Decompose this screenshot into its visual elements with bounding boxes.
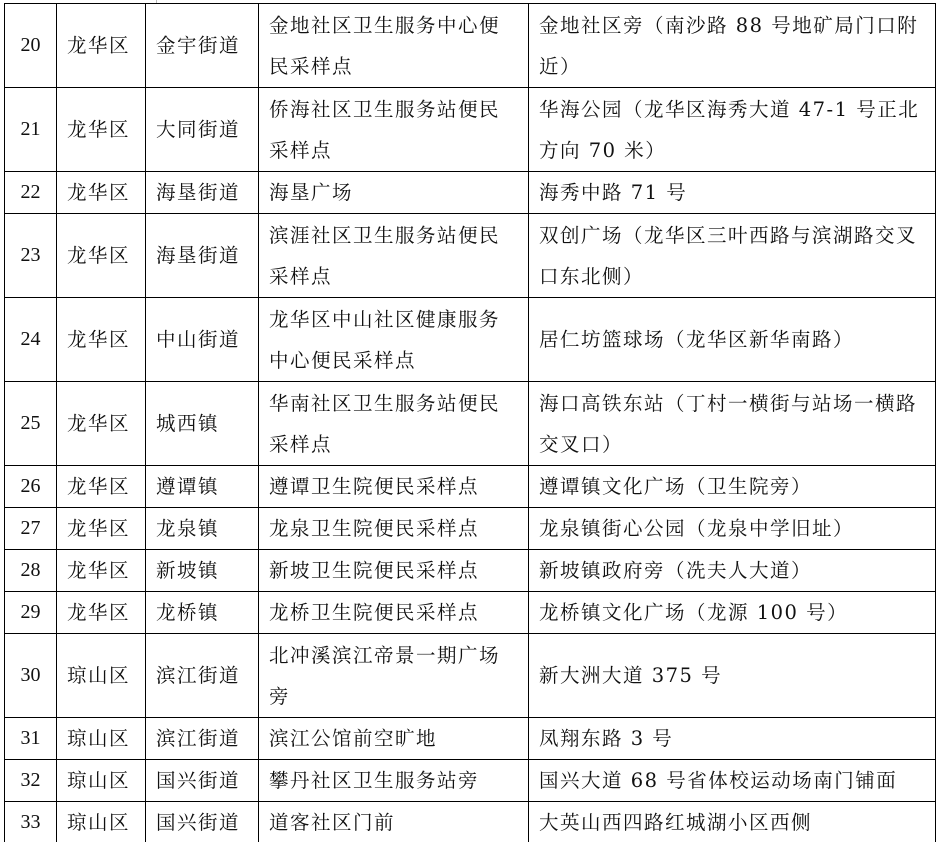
table-row: 26龙华区遵谭镇遵谭卫生院便民采样点遵谭镇文化广场（卫生院旁） [5,466,936,508]
address-cell: 凤翔东路 3 号 [529,718,936,760]
street-cell: 龙泉镇 [146,508,259,550]
street-cell: 海垦街道 [146,172,259,214]
site-name-cell: 攀丹社区卫生服务站旁 [259,760,529,802]
street-cell: 国兴街道 [146,760,259,802]
street-cell: 中山街道 [146,298,259,382]
site-name-cell: 滨涯社区卫生服务站便民采样点 [259,214,529,298]
district-cell: 龙华区 [57,214,146,298]
row-number: 23 [5,214,57,298]
district-cell: 琼山区 [57,634,146,718]
street-cell: 滨江街道 [146,634,259,718]
site-name-cell: 道客社区门前 [259,802,529,842]
row-number: 27 [5,508,57,550]
site-name-cell: 海垦广场 [259,172,529,214]
row-number: 31 [5,718,57,760]
table-row: 25龙华区城西镇华南社区卫生服务站便民采样点海口高铁东站（丁村一横街与站场一横路… [5,382,936,466]
street-cell: 遵谭镇 [146,466,259,508]
table-row: 33琼山区国兴街道道客社区门前大英山西四路红城湖小区西侧 [5,802,936,842]
address-cell: 大英山西四路红城湖小区西侧 [529,802,936,842]
row-number: 25 [5,382,57,466]
street-cell: 国兴街道 [146,802,259,842]
district-cell: 琼山区 [57,760,146,802]
site-name-cell: 滨江公馆前空旷地 [259,718,529,760]
street-cell: 金宇街道 [146,4,259,88]
address-cell: 华海公园（龙华区海秀大道 47-1 号正北方向 70 米） [529,88,936,172]
district-cell: 龙华区 [57,298,146,382]
address-cell: 新大洲大道 375 号 [529,634,936,718]
district-cell: 龙华区 [57,382,146,466]
row-number: 33 [5,802,57,842]
row-number: 29 [5,592,57,634]
address-cell: 双创广场（龙华区三叶西路与滨湖路交叉口东北侧） [529,214,936,298]
row-number: 21 [5,88,57,172]
district-cell: 龙华区 [57,508,146,550]
row-number: 26 [5,466,57,508]
address-cell: 龙桥镇文化广场（龙源 100 号） [529,592,936,634]
site-name-cell: 新坡卫生院便民采样点 [259,550,529,592]
site-name-cell: 龙泉卫生院便民采样点 [259,508,529,550]
table-row: 27龙华区龙泉镇龙泉卫生院便民采样点龙泉镇街心公园（龙泉中学旧址） [5,508,936,550]
district-cell: 龙华区 [57,172,146,214]
table-row: 28龙华区新坡镇新坡卫生院便民采样点新坡镇政府旁（冼夫人大道） [5,550,936,592]
table-row: 20龙华区金宇街道金地社区卫生服务中心便民采样点金地社区旁（南沙路 88 号地矿… [5,4,936,88]
street-cell: 海垦街道 [146,214,259,298]
table-row: 29龙华区龙桥镇龙桥卫生院便民采样点龙桥镇文化广场（龙源 100 号） [5,592,936,634]
street-cell: 新坡镇 [146,550,259,592]
address-cell: 新坡镇政府旁（冼夫人大道） [529,550,936,592]
address-cell: 国兴大道 68 号省体校运动场南门铺面 [529,760,936,802]
district-cell: 龙华区 [57,592,146,634]
row-number: 32 [5,760,57,802]
district-cell: 龙华区 [57,88,146,172]
table-row: 30琼山区滨江街道北冲溪滨江帝景一期广场旁新大洲大道 375 号 [5,634,936,718]
address-cell: 海口高铁东站（丁村一横街与站场一横路交叉口） [529,382,936,466]
street-cell: 滨江街道 [146,718,259,760]
address-cell: 居仁坊篮球场（龙华区新华南路） [529,298,936,382]
table-row: 21龙华区大同街道侨海社区卫生服务站便民采样点华海公园（龙华区海秀大道 47-1… [5,88,936,172]
table-row: 22龙华区海垦街道海垦广场海秀中路 71 号 [5,172,936,214]
table-body: 20龙华区金宇街道金地社区卫生服务中心便民采样点金地社区旁（南沙路 88 号地矿… [5,4,936,842]
district-cell: 琼山区 [57,802,146,842]
district-cell: 龙华区 [57,466,146,508]
address-cell: 龙泉镇街心公园（龙泉中学旧址） [529,508,936,550]
row-number: 28 [5,550,57,592]
street-cell: 龙桥镇 [146,592,259,634]
sampling-sites-table: 20龙华区金宇街道金地社区卫生服务中心便民采样点金地社区旁（南沙路 88 号地矿… [4,3,936,842]
table-row: 23龙华区海垦街道滨涯社区卫生服务站便民采样点双创广场（龙华区三叶西路与滨湖路交… [5,214,936,298]
site-name-cell: 华南社区卫生服务站便民采样点 [259,382,529,466]
street-cell: 城西镇 [146,382,259,466]
site-name-cell: 北冲溪滨江帝景一期广场旁 [259,634,529,718]
table-row: 31琼山区滨江街道滨江公馆前空旷地凤翔东路 3 号 [5,718,936,760]
site-name-cell: 龙桥卫生院便民采样点 [259,592,529,634]
street-cell: 大同街道 [146,88,259,172]
address-cell: 金地社区旁（南沙路 88 号地矿局门口附近） [529,4,936,88]
district-cell: 龙华区 [57,550,146,592]
district-cell: 龙华区 [57,4,146,88]
district-cell: 琼山区 [57,718,146,760]
row-number: 20 [5,4,57,88]
row-number: 22 [5,172,57,214]
address-cell: 遵谭镇文化广场（卫生院旁） [529,466,936,508]
row-number: 24 [5,298,57,382]
site-name-cell: 金地社区卫生服务中心便民采样点 [259,4,529,88]
site-name-cell: 侨海社区卫生服务站便民采样点 [259,88,529,172]
site-name-cell: 龙华区中山社区健康服务中心便民采样点 [259,298,529,382]
table-row: 24龙华区中山街道龙华区中山社区健康服务中心便民采样点居仁坊篮球场（龙华区新华南… [5,298,936,382]
site-name-cell: 遵谭卫生院便民采样点 [259,466,529,508]
table-row: 32琼山区国兴街道攀丹社区卫生服务站旁国兴大道 68 号省体校运动场南门铺面 [5,760,936,802]
row-number: 30 [5,634,57,718]
address-cell: 海秀中路 71 号 [529,172,936,214]
